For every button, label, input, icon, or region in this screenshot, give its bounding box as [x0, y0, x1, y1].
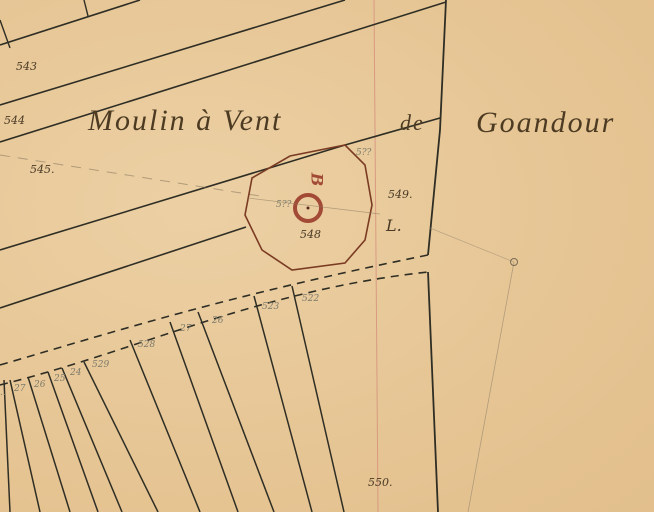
mill-symbol-letter: B — [307, 173, 326, 187]
parcel-label-mill-small: 5?? — [276, 200, 291, 210]
lower-parcel-label: 528 — [138, 340, 155, 350]
lower-parcel-label: 523 — [262, 302, 279, 312]
parcel-lines — [0, 0, 654, 512]
parcel-label-top-small: 5?? — [356, 148, 371, 158]
lower-parcel-label: 27 — [180, 324, 191, 334]
map-title-de: de — [400, 110, 425, 136]
lower-parcel-label: 529 — [92, 360, 109, 370]
parcel-label-548: 548 — [300, 228, 321, 241]
lower-parcel-label: .. — [0, 388, 6, 398]
lower-parcel-label: 24 — [70, 368, 81, 378]
parcel-label-544: 544 — [4, 114, 25, 127]
cadastral-map: Moulin à Vent de Goandour 543 544 545. 5… — [0, 0, 654, 512]
lower-parcel-label: 26 — [34, 380, 45, 390]
map-title-moulin: Moulin à Vent — [88, 104, 282, 138]
lower-parcel-label: 26 — [212, 316, 223, 326]
parcel-label-545: 545. — [30, 163, 55, 176]
parcel-label-549: 549. — [388, 188, 413, 201]
parcel-mark-l: L. — [386, 216, 402, 235]
lower-parcel-label: 27 — [14, 384, 25, 394]
parcel-label-550: 550. — [368, 476, 393, 489]
lower-parcel-label: 25 — [54, 374, 65, 384]
map-title-goandour: Goandour — [476, 106, 615, 140]
lower-parcel-label: 522 — [302, 294, 319, 304]
parcel-label-543: 543 — [16, 60, 37, 73]
